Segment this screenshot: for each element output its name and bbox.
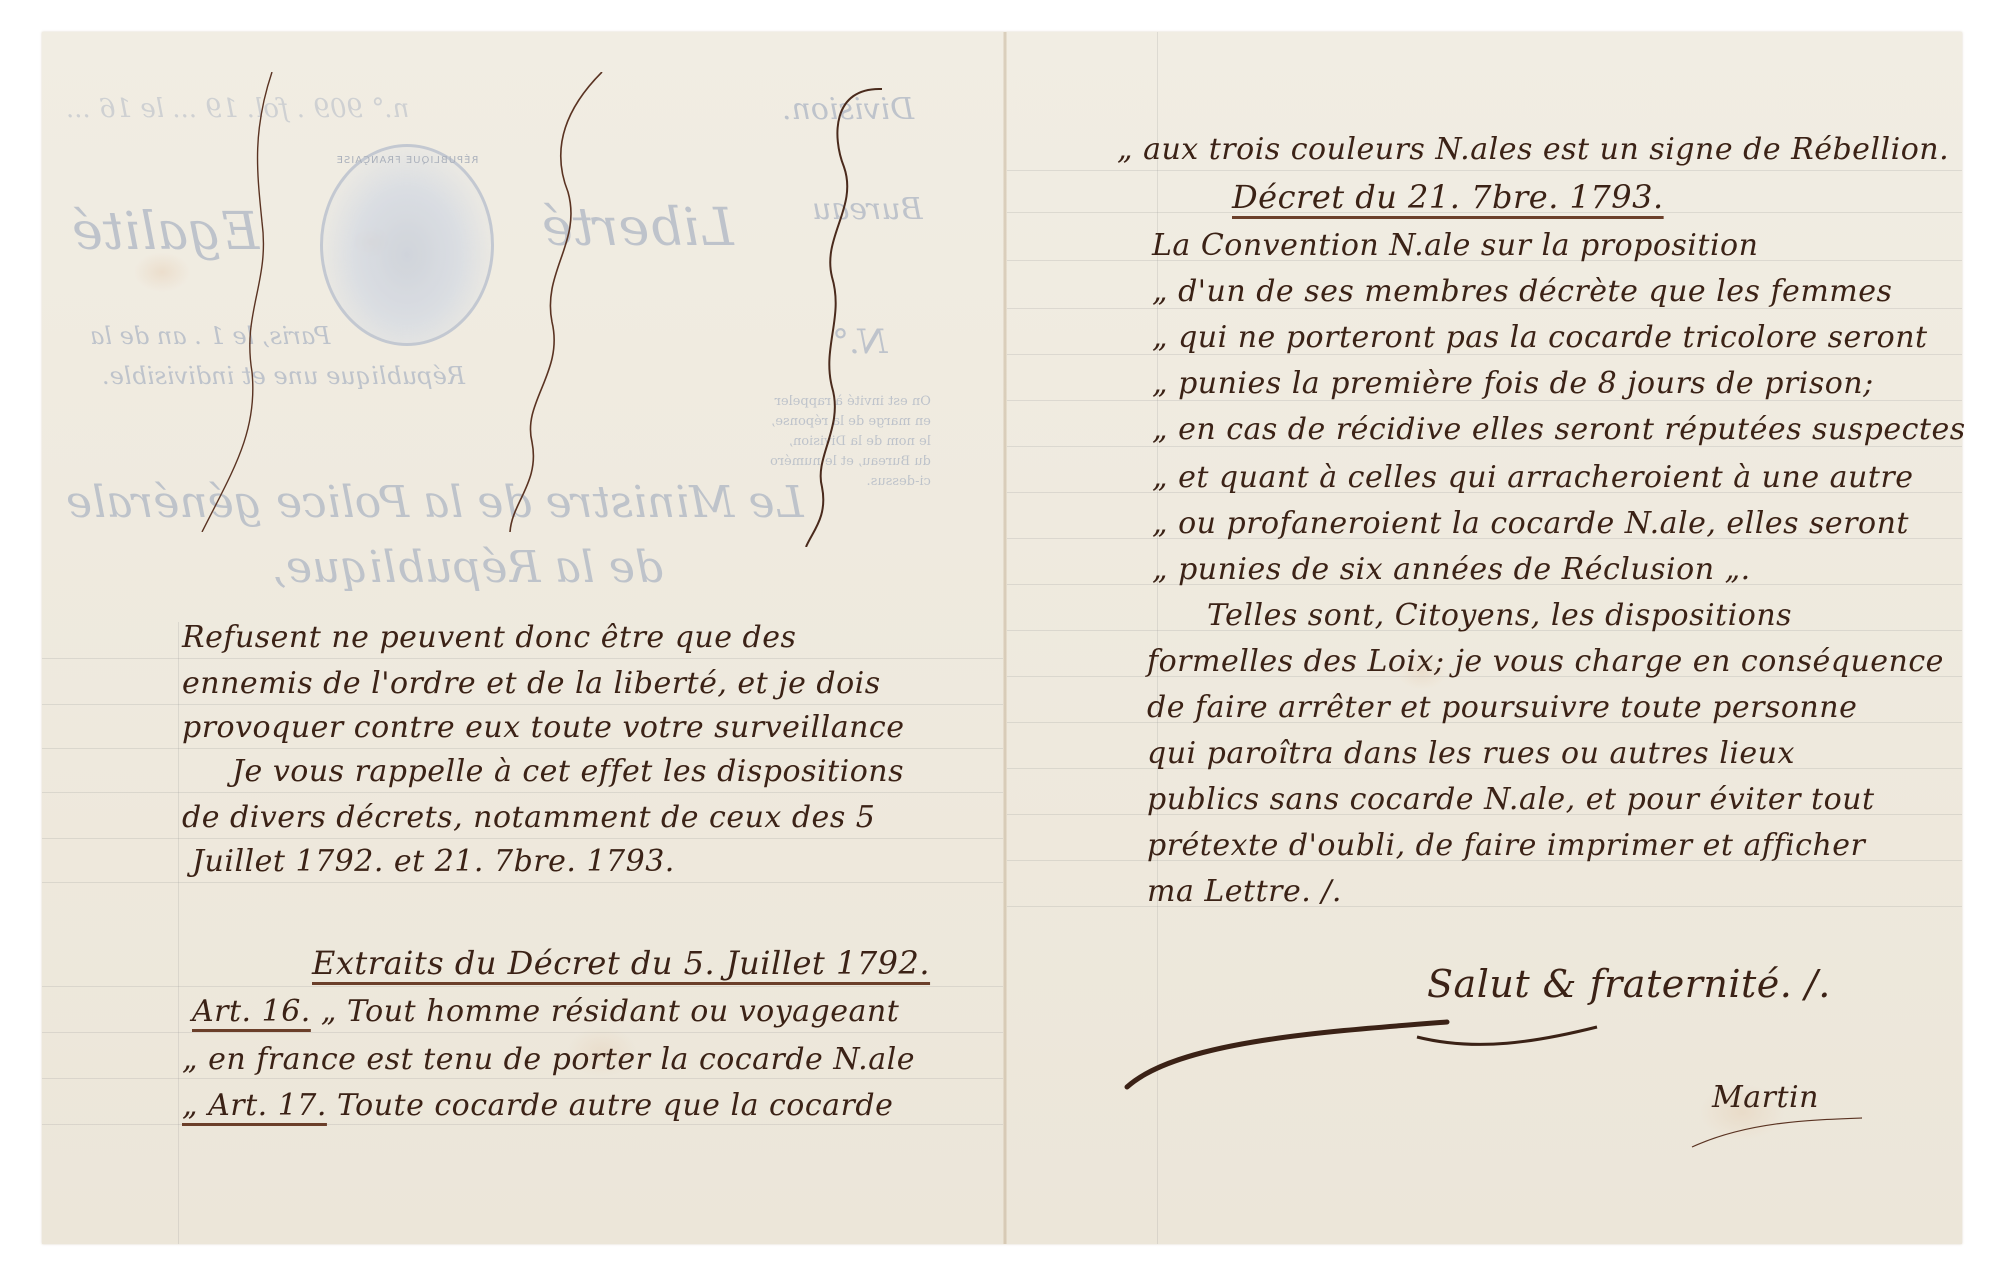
left-line-1: Refusent ne peuvent donc être que des [182, 620, 796, 655]
left-line-5: de divers décrets, notamment de ceux des… [182, 800, 875, 835]
body-line-7: ma Lettre. /. [1147, 874, 1342, 909]
decree-line-1: La Convention N.ale sur la proposition [1152, 228, 1758, 263]
decree-line-5: „ en cas de récidive elles seront réputé… [1152, 412, 1966, 447]
ruled-line [42, 748, 1003, 749]
decree-line-8: „ punies de six années de Réclusion „. [1152, 552, 1751, 587]
signature: Martin [1712, 1080, 1819, 1115]
ruled-line [1007, 170, 1962, 171]
wavy-pen-stroke-icon [472, 72, 612, 532]
body-line-1: Telles sont, Citoyens, les dispositions [1207, 598, 1792, 633]
body-line-5: publics sans cocarde N.ale, et pour évit… [1147, 782, 1875, 817]
article-16-label: Art. 16. [192, 994, 311, 1029]
decree-line-3: „ qui ne porteront pas la cocarde tricol… [1152, 320, 1928, 355]
left-line-2: ennemis de l'ordre et de la liberté, et … [182, 666, 881, 701]
left-line-3: provoquer contre eux toute votre surveil… [182, 710, 904, 745]
left-line-4: Je vous rappelle à cet effet les disposi… [232, 754, 904, 789]
ruled-line [42, 1124, 1003, 1125]
body-line-6: prétexte d'oubli, de faire imprimer et a… [1147, 828, 1865, 863]
body-line-4: qui paroîtra dans les rues ou autres lie… [1147, 736, 1795, 771]
decree-line-7: „ ou profaneroient la cocarde N.ale, ell… [1152, 506, 1909, 541]
ruled-line [42, 704, 1003, 705]
wavy-pen-stroke-icon [792, 87, 902, 547]
closing-flourish-icon [1117, 982, 1737, 1102]
ruled-line [42, 658, 1003, 659]
continuation-line: „ aux trois couleurs N.ales est un signe… [1117, 132, 1949, 167]
left-line-6: Juillet 1792. et 21. 7bre. 1793. [192, 844, 675, 879]
ruled-line [42, 792, 1003, 793]
decree-line-2: „ d'un de ses membres décrète que les fe… [1152, 274, 1892, 309]
right-page: „ aux trois couleurs N.ales est un signe… [1007, 32, 1962, 1244]
decree-heading: Décret du 21. 7bre. 1793. [1232, 178, 1664, 216]
margin-line [178, 622, 179, 1244]
manuscript-sheet: n.° 909 . fol. 19 ... le 16 ... RÉPUBLIQ… [42, 32, 1962, 1244]
ruled-line [42, 986, 1003, 987]
decree-line-6: „ et quant à celles qui arracheroient à … [1152, 460, 1913, 495]
show-through-ministry-line-2: de la République, [272, 542, 663, 593]
ruled-line [42, 1032, 1003, 1033]
show-through-ministry-line-1: Le Ministre de la Police générale [66, 477, 804, 528]
article-17-label: „ Art. 17. [182, 1088, 327, 1123]
wavy-pen-stroke-icon [192, 72, 312, 532]
republic-seal-show-through: RÉPUBLIQUE FRANÇAISE [320, 144, 494, 346]
decree-line-4: „ punies la première fois de 8 jours de … [1152, 366, 1874, 401]
left-page: n.° 909 . fol. 19 ... le 16 ... RÉPUBLIQ… [42, 32, 1003, 1244]
ruled-line [42, 882, 1003, 883]
extract-heading: Extraits du Décret du 5. Juillet 1792. [312, 944, 930, 982]
article-16-line: Art. 16. „ Tout homme résidant ou voyage… [192, 994, 899, 1029]
article-16-continuation: „ en france est tenu de porter la cocard… [182, 1042, 915, 1077]
ruled-line [42, 1078, 1003, 1079]
signature-underline-icon [1687, 1112, 1867, 1152]
body-line-3: de faire arrêter et poursuivre toute per… [1147, 690, 1857, 725]
body-line-2: formelles des Loix; je vous charge en co… [1147, 644, 1944, 679]
ruled-line [42, 838, 1003, 839]
article-17-line: „ Art. 17. Toute cocarde autre que la co… [182, 1088, 893, 1123]
